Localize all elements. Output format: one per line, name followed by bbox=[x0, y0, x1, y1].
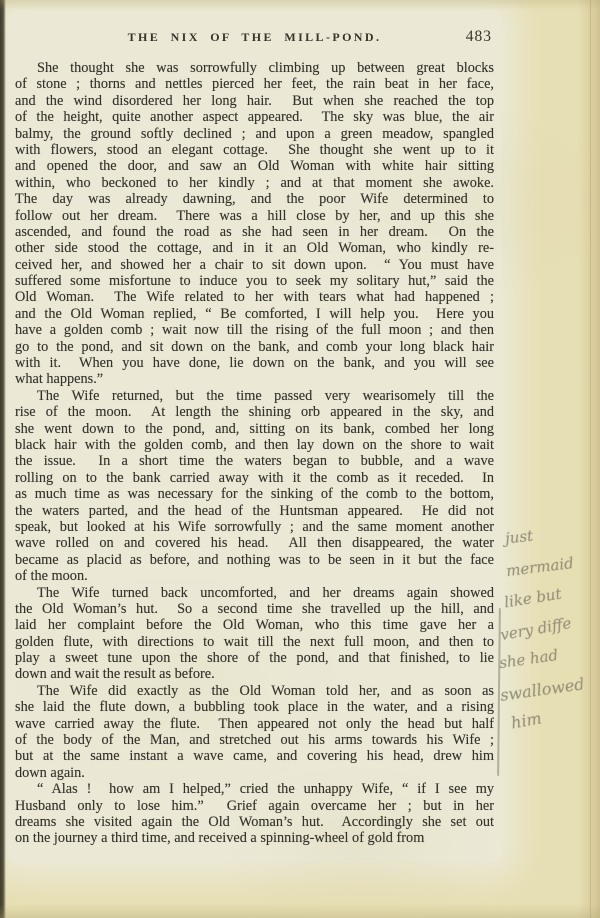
text-line: down again. bbox=[15, 765, 494, 781]
paragraph: She thought she was sorrowfully climbing… bbox=[15, 60, 494, 388]
text-line: laid her complaint before the Old Woman,… bbox=[15, 617, 494, 633]
text-line: The Wife did exactly as the Old Woman to… bbox=[15, 683, 494, 699]
text-line: The Wife turned back uncomforted, and he… bbox=[15, 585, 494, 601]
text-line: other side stood the cottage, and in it … bbox=[15, 240, 494, 256]
page-edge-right-crease bbox=[590, 0, 591, 918]
text-line: with it. When you have done, lie down on… bbox=[15, 355, 494, 371]
marginalia-note: just bbox=[504, 527, 534, 548]
text-line: Old Woman. The Wife related to her with … bbox=[15, 289, 494, 305]
text-line: the issue. In a short time the waters be… bbox=[15, 453, 494, 469]
marginalia-note: swallowed bbox=[499, 674, 586, 705]
text-line: within, who beckoned to her kindly ; and… bbox=[15, 175, 494, 191]
paragraph: The Wife did exactly as the Old Woman to… bbox=[15, 683, 494, 781]
text-line: of the height, quite another aspect appe… bbox=[15, 109, 494, 125]
page-header: THE NIX OF THE MILL-POND. 483 bbox=[15, 28, 494, 48]
marginalia-note: she had bbox=[498, 646, 559, 672]
marginalia-note: him bbox=[510, 708, 543, 732]
text-line: play a sweet tune upon the shore of the … bbox=[15, 650, 494, 666]
book-page-scan: THE NIX OF THE MILL-POND. 483 She though… bbox=[0, 0, 600, 918]
text-line: and opened the door, and saw an Old Woma… bbox=[15, 158, 494, 174]
text-line: what happens.” bbox=[15, 371, 494, 387]
text-line: she laid the flute down, a bubbling took… bbox=[15, 699, 494, 715]
page-number: 483 bbox=[466, 28, 492, 46]
text-line: of the moon. bbox=[15, 568, 494, 584]
page-edge-left bbox=[0, 0, 6, 918]
text-line: became as placid as before, and nothing … bbox=[15, 552, 494, 568]
text-line: but at the same instant a wave came, and… bbox=[15, 748, 494, 764]
text-line: speak, but looked at his Wife sorrowfull… bbox=[15, 519, 494, 535]
paragraph: The Wife returned, but the time passed v… bbox=[15, 388, 494, 585]
text-line: the waters parted, and the head of the H… bbox=[15, 503, 494, 519]
marginalia-note: mermaid bbox=[505, 554, 575, 580]
text-line: go to the pond, and sit down on the bank… bbox=[15, 339, 494, 355]
text-line: ascended, and found the road as she had … bbox=[15, 224, 494, 240]
text-line: wave carried away the flute. Then appear… bbox=[15, 716, 494, 732]
text-line: golden flute, with directions to wait ti… bbox=[15, 634, 494, 650]
page-top-shadow bbox=[0, 0, 600, 10]
paragraph: The Wife turned back uncomforted, and he… bbox=[15, 585, 494, 683]
text-block: She thought she was sorrowfully climbing… bbox=[15, 60, 494, 847]
text-line: rolling on to the bank carried away with… bbox=[15, 470, 494, 486]
text-line: she went down to the pond, and, sitting … bbox=[15, 421, 494, 437]
text-line: “ Alas ! how am I helped,” cried the unh… bbox=[15, 781, 494, 797]
page-bottom-shadow bbox=[0, 904, 600, 918]
text-line: follow out her dream. There was a hill c… bbox=[15, 208, 494, 224]
text-line: as much time as was necessary for the si… bbox=[15, 486, 494, 502]
text-line: wave rolled on and covered his head. All… bbox=[15, 535, 494, 551]
text-line: and the Old Woman replied, “ Be comforte… bbox=[15, 306, 494, 322]
text-line: down and wait the result as before. bbox=[15, 666, 494, 682]
marginalia-note: like but bbox=[503, 585, 563, 612]
text-line: of stone ; thorns and nettles pierced he… bbox=[15, 76, 494, 92]
text-line: The day was already dawning, and the poo… bbox=[15, 191, 494, 207]
text-line: balmy, the ground softly declined ; and … bbox=[15, 126, 494, 142]
text-line: Husband only to lose him.” Grief again o… bbox=[15, 798, 494, 814]
running-title: THE NIX OF THE MILL-POND. bbox=[15, 30, 494, 45]
text-line: of the body of the Man, and stretched ou… bbox=[15, 732, 494, 748]
text-line: The Wife returned, but the time passed v… bbox=[15, 388, 494, 404]
text-line: rise of the moon. At length the shining … bbox=[15, 404, 494, 420]
text-line: with flowers, stood an elegant cottage. … bbox=[15, 142, 494, 158]
page-edge-right bbox=[578, 0, 600, 918]
text-line: suffered some misfortune to induce you t… bbox=[15, 273, 494, 289]
paragraph: “ Alas ! how am I helped,” cried the unh… bbox=[15, 781, 494, 847]
text-line: and the wind disordered her long hair. B… bbox=[15, 93, 494, 109]
text-line: dreams she visited again the Old Woman’s… bbox=[15, 814, 494, 830]
text-line: ceived her, and showed her a chair to si… bbox=[15, 257, 494, 273]
text-line: She thought she was sorrowfully climbing… bbox=[15, 60, 494, 76]
text-line: have a golden comb ; wait now till the r… bbox=[15, 322, 494, 338]
text-line: black hair with the golden comb, and the… bbox=[15, 437, 494, 453]
marginalia-note: very diffe bbox=[499, 614, 573, 644]
text-line: on the journey a third time, and receive… bbox=[15, 830, 494, 846]
text-line: the Old Woman’s hut. So a second time sh… bbox=[15, 601, 494, 617]
